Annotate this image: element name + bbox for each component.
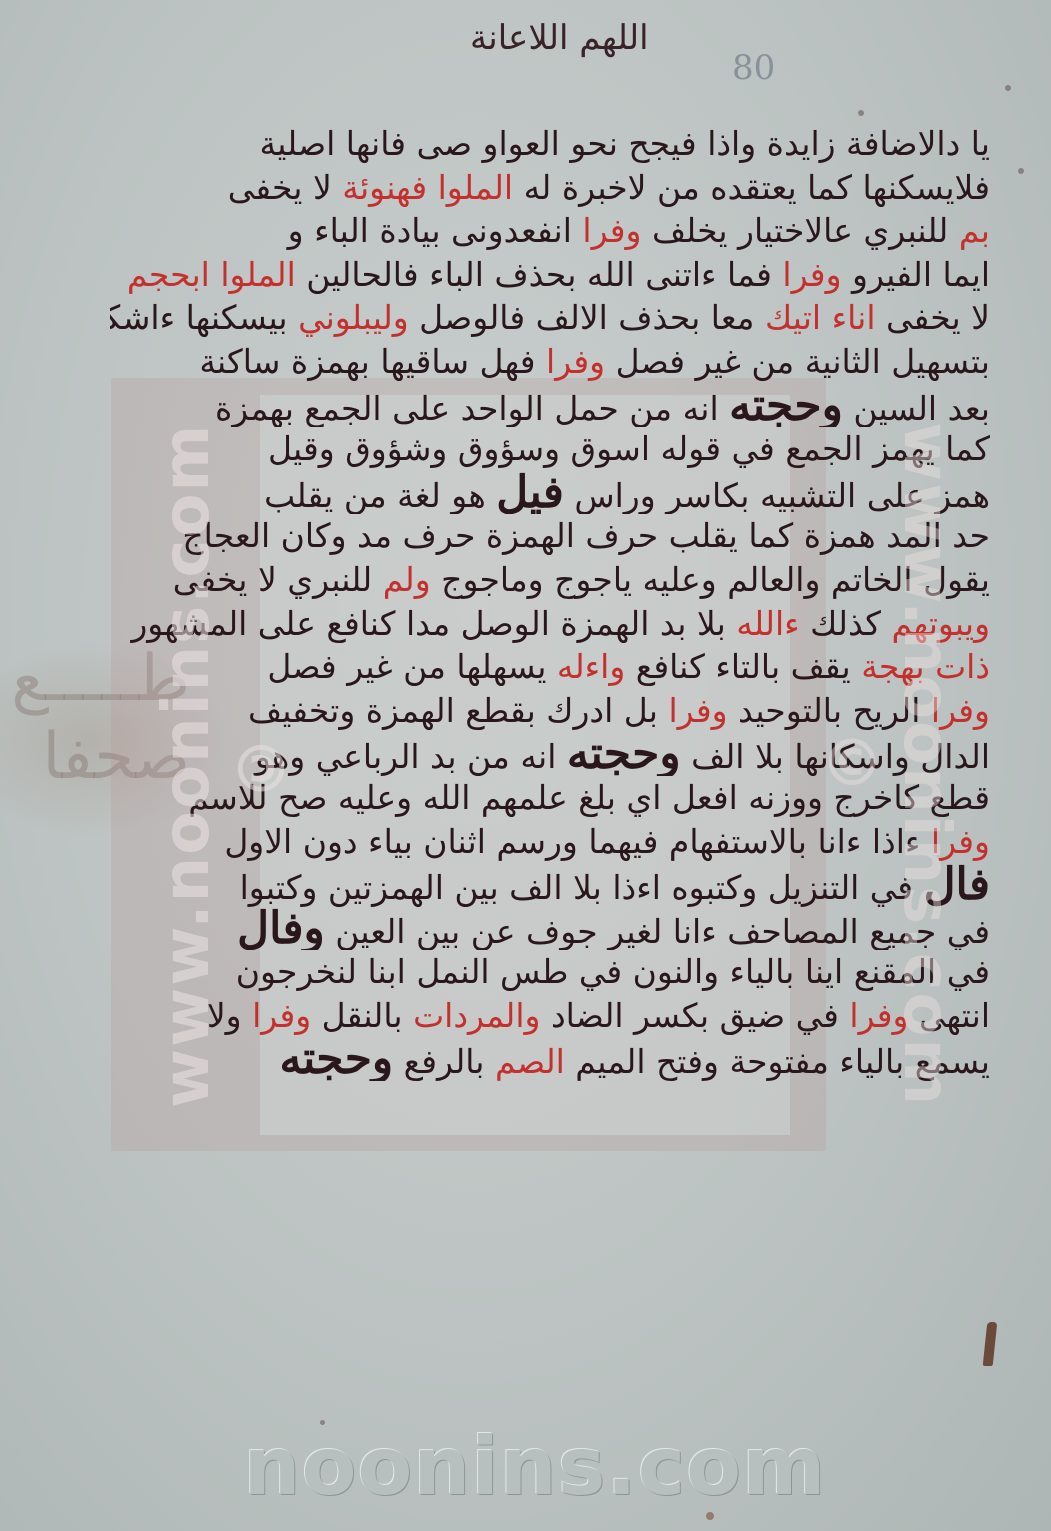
- rubric-text: الملوا ابحجم: [127, 255, 296, 294]
- text-line: لا يخفى اناء اتيك معا بحذف الالف فالوصل …: [110, 296, 990, 340]
- text-line: ايما الفيرو وفرا فما ءاتنى الله بحذف الب…: [110, 253, 990, 297]
- rubric-text: بم: [948, 211, 990, 250]
- rubric-text: وفرا: [782, 255, 841, 294]
- body-text: ايما الفيرو: [842, 255, 990, 294]
- rubric-text: وليبلوني: [298, 298, 409, 337]
- rubric-text: الملوا فهنوئة: [342, 168, 513, 207]
- text-line: بتسهيل الثانية من غير فصل وفرا فهل ساقيه…: [110, 340, 990, 384]
- rubric-text: والمردات: [413, 996, 540, 1035]
- body-text: انه من بد الرباعي وهو: [255, 737, 567, 776]
- body-text: لا يخفى: [228, 168, 343, 207]
- body-text: فلايسكنها كما يعتقده من لاخبرة له: [513, 168, 990, 207]
- body-text: هو لغة من يقلب: [264, 476, 496, 515]
- body-text: فيل: [496, 471, 564, 515]
- body-text: فما ءاتنى الله بحذف الباء فالحالين: [296, 255, 783, 294]
- watermark-vertical-left: www.noonins.com ©: [150, 380, 298, 1150]
- rubric-text: وفرا: [546, 342, 605, 381]
- rubric-text: ءالله: [736, 604, 799, 643]
- body-text: في ضيق بكسر الضاد: [540, 996, 849, 1035]
- manuscript-page: طـــــعصحفا اللهم اللاعانة 80 يا دالاضاف…: [0, 0, 1051, 1531]
- ink-speck: [706, 1512, 714, 1520]
- body-text: بيسكنها ءاشكر: [110, 298, 298, 337]
- body-text: بل ادرك بقطع الهمزة وتخفيف: [248, 691, 668, 730]
- body-text: انفعدونى بيادة الباء و: [288, 211, 583, 250]
- rubric-text: اناء اتيك: [765, 298, 876, 337]
- footer-watermark: noonins.com: [225, 1420, 845, 1513]
- ink-speck: [1018, 168, 1024, 174]
- body-text: فهل ساقيها بهمزة ساكنة: [199, 342, 546, 381]
- rubric-text: ولم: [383, 560, 431, 599]
- rubric-text: وفرا: [582, 211, 641, 250]
- folio-number: 80: [732, 48, 775, 88]
- body-text: بالرفع: [393, 1042, 495, 1081]
- text-line: يا دالاضافة زايدة واذا فيجح نحو العواو ص…: [110, 122, 990, 166]
- body-text: يا دالاضافة زايدة واذا فيجح نحو العواو ص…: [260, 124, 990, 163]
- body-text: لا يخفى: [876, 298, 991, 337]
- body-text: بتسهيل الثانية من غير فصل: [605, 342, 990, 381]
- watermark-vertical-right: www.noonins.com ©: [815, 380, 963, 1150]
- ink-speck: [858, 110, 864, 116]
- body-text: معا بحذف الالف فالوصل: [409, 298, 765, 337]
- rubric-text: وفرا: [668, 691, 727, 730]
- text-line: فلايسكنها كما يعتقده من لاخبرة له الملوا…: [110, 166, 990, 210]
- body-text: وحجته: [567, 732, 681, 776]
- body-text: بالنقل: [311, 996, 413, 1035]
- page-header: اللهم اللاعانة: [470, 18, 649, 58]
- rubric-text: واءله: [557, 647, 625, 686]
- rubric-text: الصم: [495, 1042, 565, 1081]
- body-text: يسهلها من غير فصل: [267, 647, 557, 686]
- text-line: بم للنبري عالاختيار يخلف وفرا انفعدونى ب…: [110, 209, 990, 253]
- ink-mark: [983, 1322, 998, 1366]
- ink-speck: [1005, 85, 1011, 91]
- body-text: للنبري عالاختيار يخلف: [642, 211, 949, 250]
